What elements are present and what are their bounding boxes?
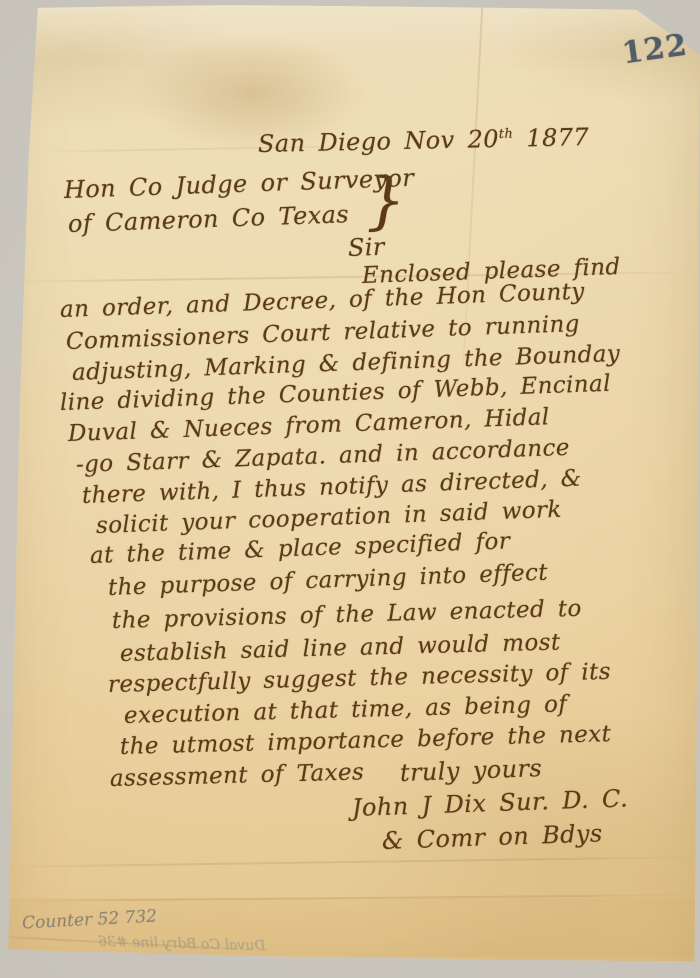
salutation: Sir [348, 233, 386, 262]
dateline-year: 1877 [526, 123, 589, 152]
paper-light-band [30, 1, 691, 60]
crease-line [463, 4, 484, 364]
dateline-prefix: San Diego Nov 20 [258, 125, 500, 158]
scanned-letter: 122 San Diego Nov 20th 1877 Hon Co Judge… [0, 0, 700, 978]
crease-line [0, 856, 700, 868]
dateline-ordinal: th [499, 127, 514, 142]
address-brace: } [365, 163, 406, 237]
closing-phrase: truly yours [400, 754, 543, 787]
